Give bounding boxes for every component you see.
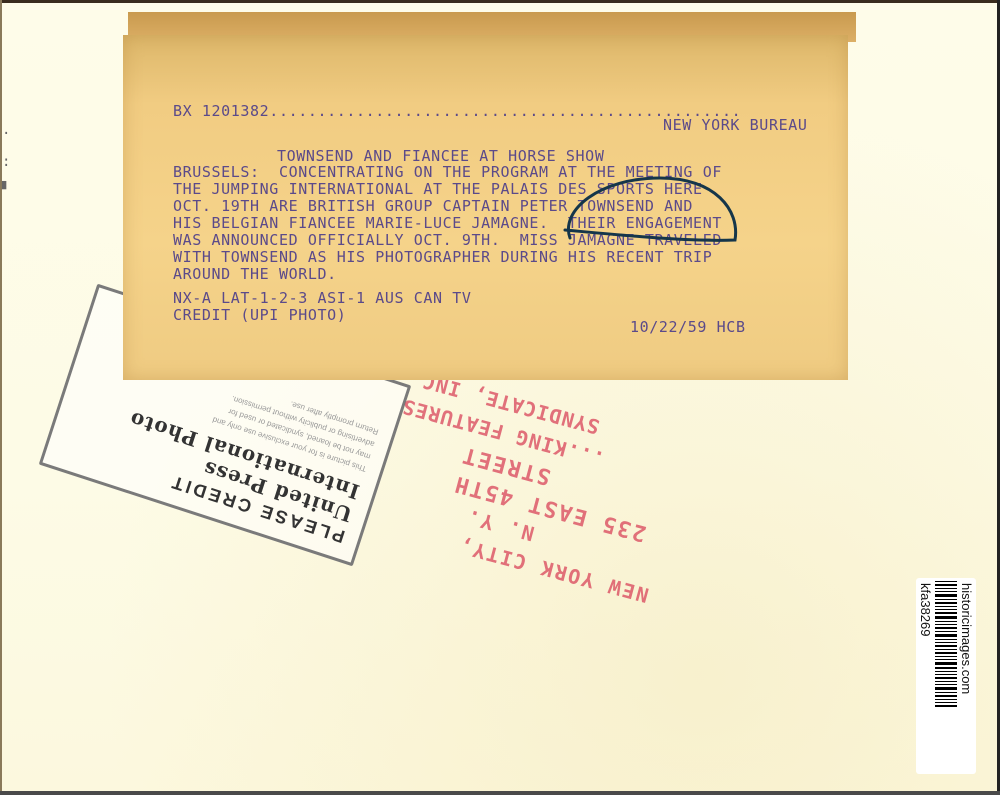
barcode-label: historicimages.com kfa38269	[916, 578, 976, 774]
syndicate-stamp: NEW YORK CITY, N. Y. 235 EAST 45TH STREE…	[367, 401, 712, 619]
caption-line: THE JUMPING INTERNATIONAL AT THE PALAIS …	[173, 180, 703, 198]
barcode-bars-icon	[935, 581, 957, 709]
photo-back: ·:▘ PLEASE CREDIT United Press Internati…	[0, 0, 1000, 795]
caption-line: WAS ANNOUNCED OFFICIALLY OCT. 9TH. MISS …	[173, 231, 722, 249]
caption-line: WITH TOWNSEND AS HIS PHOTOGRAPHER DURING…	[173, 248, 712, 266]
caption-routing: NX-A LAT-1-2-3 ASI-1 AUS CAN TV	[173, 289, 472, 307]
caption-line: OCT. 19TH ARE BRITISH GROUP CAPTAIN PETE…	[173, 197, 693, 215]
scan-edge-bottom	[0, 791, 1000, 795]
caption-ref-line: BX 1201382..............................…	[173, 102, 741, 120]
caption-line: HIS BELGIAN FIANCEE MARIE-LUCE JAMAGNE. …	[173, 214, 722, 232]
barcode-id: kfa38269	[918, 581, 933, 637]
caption-line: BRUSSELS: CONCENTRATING ON THE PROGRAM A…	[173, 163, 722, 181]
caption-line: AROUND THE WORLD.	[173, 265, 337, 283]
scan-edge-top	[0, 0, 1000, 3]
barcode-site: historicimages.com	[959, 581, 974, 694]
caption-credit: CREDIT (UPI PHOTO)	[173, 306, 346, 324]
caption-date-code: 10/22/59 HCB	[630, 318, 746, 336]
caption-bureau: NEW YORK BUREAU	[663, 116, 807, 134]
barcode-content: historicimages.com kfa38269	[918, 581, 974, 771]
edge-marks: ·:▘	[2, 120, 10, 204]
